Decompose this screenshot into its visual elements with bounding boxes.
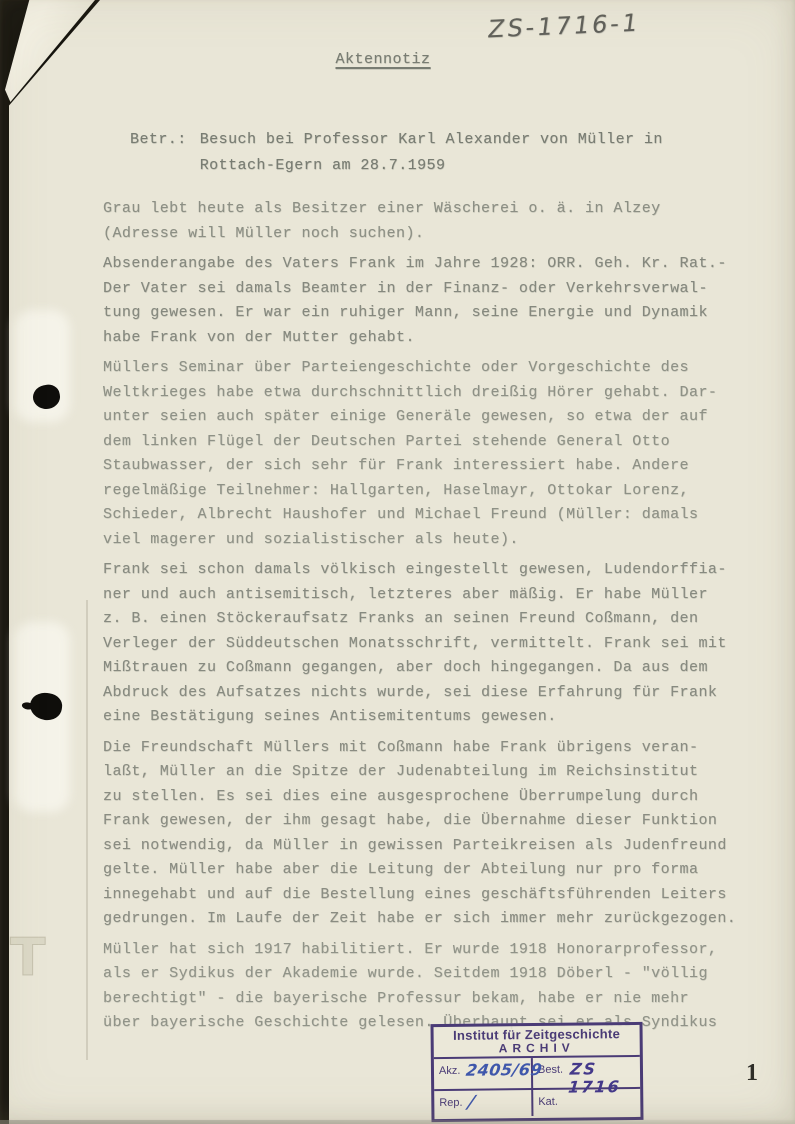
archive-stamp: Institut für Zeitgeschichte ARCHIV Akz. … xyxy=(430,1022,643,1122)
scanned-document-page: T ZS-1716-1 Aktennotiz Betr.: Besuch bei… xyxy=(0,0,795,1124)
paragraph-4: Frank sei schon damals völkisch eingeste… xyxy=(103,558,783,730)
paragraph-6: Müller hat sich 1917 habilitiert. Er wur… xyxy=(103,938,783,1036)
subject-line-1: Besuch bei Professor Karl Alexander von … xyxy=(200,127,663,153)
scan-edge-left xyxy=(0,0,9,1124)
stamp-header: Institut für Zeitgeschichte ARCHIV xyxy=(434,1025,640,1059)
paragraph-1: Grau lebt heute als Besitzer einer Wäsch… xyxy=(103,197,783,246)
scan-edge-bottom xyxy=(0,1120,795,1124)
crease-line xyxy=(86,600,88,1060)
stamp-cell-akz: Akz. 2405/69 xyxy=(434,1058,533,1089)
stamp-archive-label: ARCHIV xyxy=(434,1041,640,1056)
stamp-rep-value-handwritten: / xyxy=(467,1093,478,1112)
paragraph-2: Absenderangabe des Vaters Frank im Jahre… xyxy=(103,252,783,350)
stamp-best-value-handwritten: ZS 1716 xyxy=(567,1060,641,1097)
stamp-akz-value-handwritten: 2405/69 xyxy=(465,1061,543,1080)
paragraph-3: Müllers Seminar über Parteiengeschichte … xyxy=(103,356,783,552)
paragraph-5: Die Freundschaft Müllers mit Coßmann hab… xyxy=(103,736,783,932)
embossed-t-mark: T xyxy=(10,928,45,988)
page-number: 1 xyxy=(746,1060,758,1087)
subject-line-2: Rottach-Egern am 28.7.1959 xyxy=(200,153,663,179)
document-body: Grau lebt heute als Besitzer einer Wäsch… xyxy=(103,197,783,1042)
subject-block: Betr.: Besuch bei Professor Karl Alexand… xyxy=(130,127,663,179)
stamp-kat-label: Kat. xyxy=(538,1093,558,1108)
subject-lines: Besuch bei Professor Karl Alexander von … xyxy=(200,127,663,179)
handwritten-archive-reference: ZS-1716-1 xyxy=(486,9,642,44)
stamp-rep-label: Rep. xyxy=(439,1094,462,1109)
stamp-row-akz-best: Akz. 2405/69 Best. ZS 1716 xyxy=(434,1057,640,1091)
stamp-cell-best: Best. ZS 1716 xyxy=(533,1057,640,1088)
stamp-akz-label: Akz. xyxy=(439,1062,461,1077)
document-title: Aktennotiz xyxy=(103,51,663,68)
subject-label: Betr.: xyxy=(130,127,187,179)
stamp-cell-rep: Rep. / xyxy=(434,1090,533,1117)
